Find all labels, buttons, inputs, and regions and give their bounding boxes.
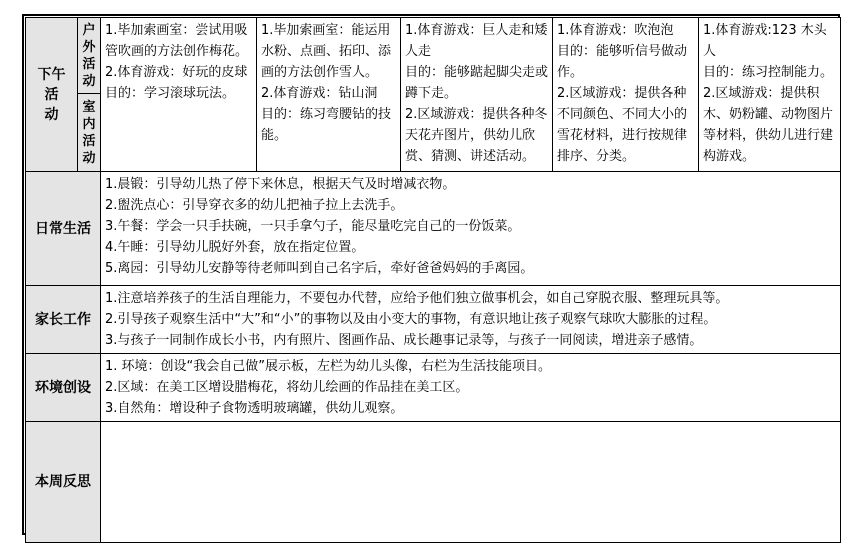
row-header-daily-life: 日常生活 [26, 172, 101, 286]
afternoon-activity-col-5: 1.体育游戏:123 木头人 目的：练习控制能力。 2.区域游戏：提供积木、奶粉… [699, 18, 841, 172]
row-header-parent-work: 家长工作 [26, 286, 101, 354]
afternoon-activity-col-2: 1.毕加索画室：能运用水粉、点画、拓印、添画的方法创作雪人。 2.体育游戏：钻山… [257, 18, 401, 172]
table-frame: 下午 活 动 户外活动 1.毕加索画室：尝试用吸管吹画的方法创作梅花。 2.体育… [22, 14, 840, 535]
document-page: 下午 活 动 户外活动 1.毕加索画室：尝试用吸管吹画的方法创作梅花。 2.体育… [0, 0, 856, 557]
sub-header-outdoor-activities: 户外活动 [78, 18, 101, 94]
sub-header-indoor-activities: 室内活动 [78, 94, 101, 172]
row-header-environment-creation: 环境创设 [26, 354, 101, 422]
afternoon-activity-col-4: 1.体育游戏：吹泡泡 目的：能够听信号做动作。 2.区域游戏：提供各种不同颜色、… [553, 18, 699, 172]
afternoon-activity-col-3: 1.体育游戏：巨人走和矮人走 目的：能够踮起脚尖走或蹲下走。 2.区域游戏：提供… [401, 18, 553, 172]
row-header-weekly-reflection: 本周反思 [26, 422, 101, 543]
daily-life-content: 1.晨锻：引导幼儿热了停下来休息，根据天气及时增减衣物。 2.盥洗点心：引导穿衣… [101, 172, 841, 286]
afternoon-activity-col-1: 1.毕加索画室：尝试用吸管吹画的方法创作梅花。 2.体育游戏：好玩的皮球 目的：… [101, 18, 257, 172]
row-header-afternoon-activities: 下午 活 动 [26, 18, 78, 172]
weekly-reflection-content [101, 422, 841, 543]
parent-work-content: 1.注意培养孩子的生活自理能力，不要包办代替，应给予他们独立做事机会，如自己穿脱… [101, 286, 841, 354]
environment-creation-content: 1. 环境：创设“我会自己做”展示板，左栏为幼儿头像，右栏为生活技能项目。 2.… [101, 354, 841, 422]
weekly-plan-table: 下午 活 动 户外活动 1.毕加索画室：尝试用吸管吹画的方法创作梅花。 2.体育… [25, 17, 841, 543]
